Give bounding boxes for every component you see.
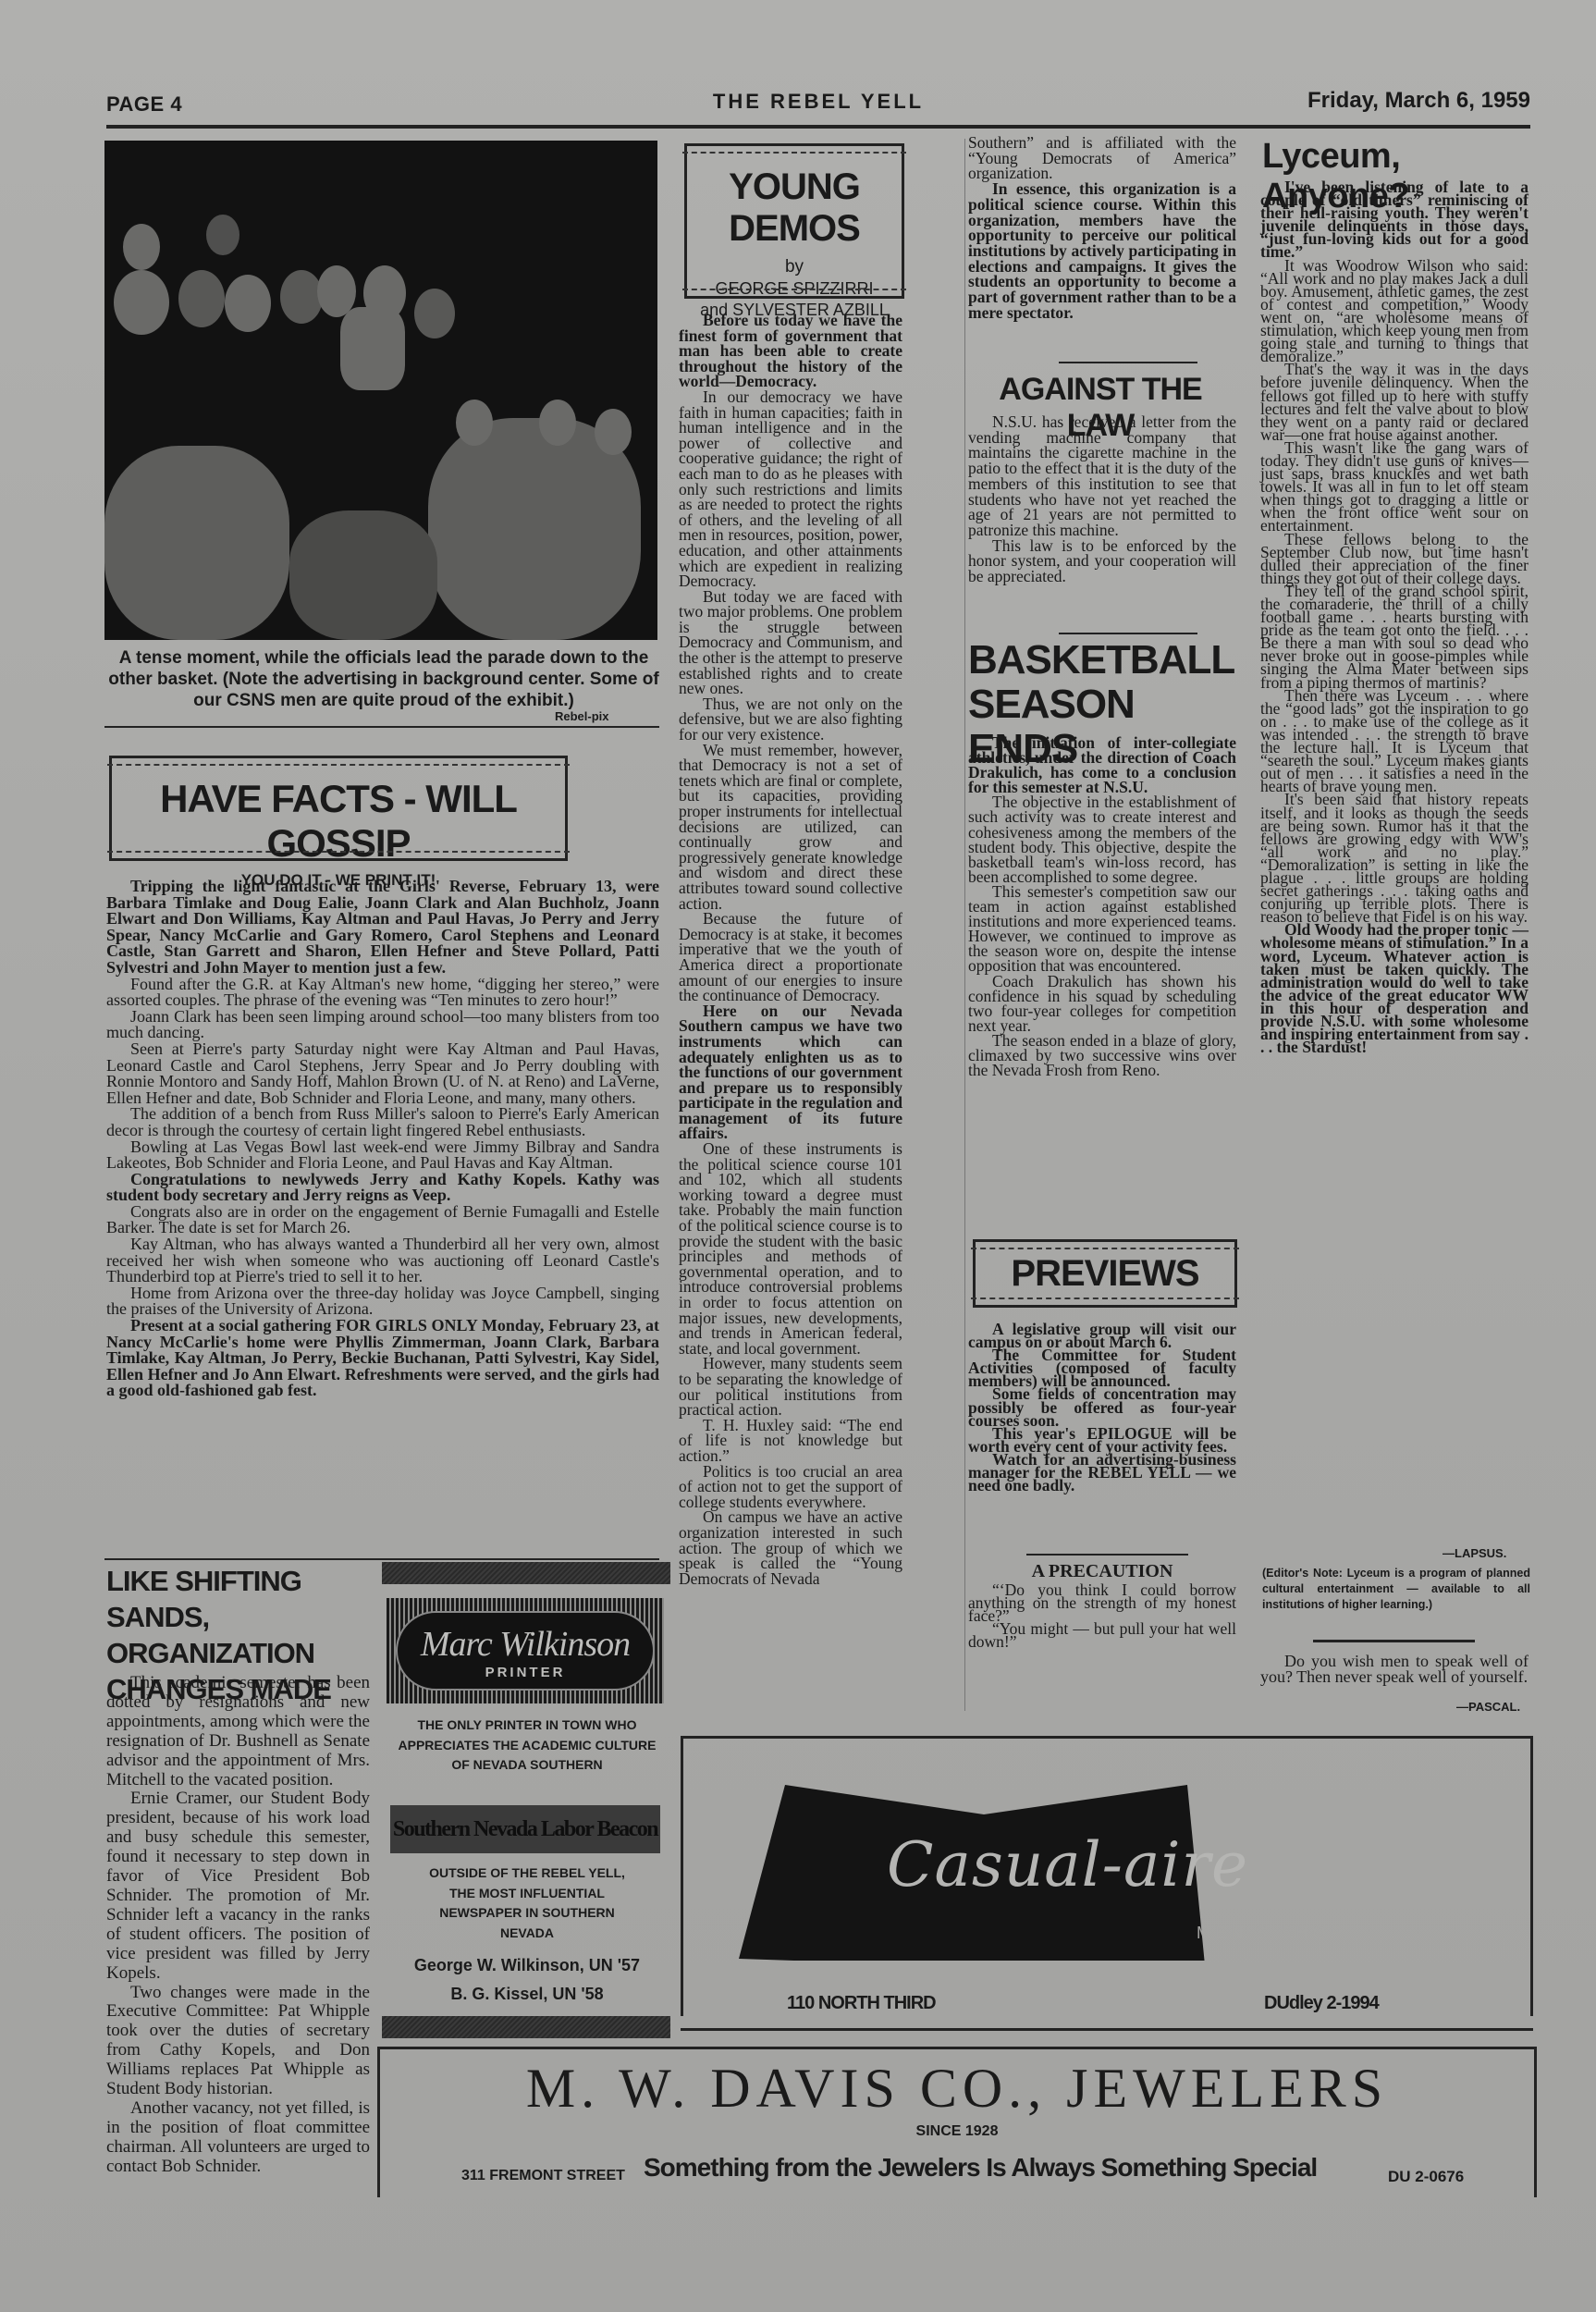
paragraph: Congrats also are in order on the engage…: [106, 1204, 659, 1236]
gossip-title: HAVE FACTS - WILL GOSSIP: [112, 777, 565, 866]
printer-logo-script: Marc Wilkinson: [398, 1624, 653, 1665]
paragraph: Before us today we have the finest form …: [679, 313, 902, 389]
paragraph: Coach Drakulich has shown his confidence…: [968, 974, 1236, 1033]
paragraph: Here on our Nevada Southern campus we ha…: [679, 1003, 902, 1141]
paragraph: But today we are faced with two major pr…: [679, 589, 902, 696]
column-rule: [964, 139, 965, 1711]
paragraph: It's been said that history repeats itse…: [1260, 793, 1528, 923]
paragraph: These fellows belong to the September Cl…: [1260, 533, 1528, 584]
gossip-headline-box: HAVE FACTS - WILL GOSSIP YOU DO IT - WE …: [109, 756, 568, 861]
davis-name: M. W. DAVIS CO., JEWELERS: [380, 2057, 1534, 2121]
previews-title: PREVIEWS: [976, 1253, 1234, 1295]
paragraph: Seen at Pierre's party Saturday night we…: [106, 1041, 659, 1106]
precaution-article: “‘Do you think I could borrow anything o…: [968, 1583, 1236, 1648]
paragraph: Congratulations to newlyweds Jerry and K…: [106, 1172, 659, 1204]
divider: [104, 726, 659, 728]
gossip-article: Tripping the light fantastic at the Girl…: [106, 879, 659, 1399]
ad-divider-bar: [382, 2016, 670, 2038]
young-demos-title: YOUNG DEMOS: [687, 166, 902, 250]
paragraph: This academic semester has been dotted b…: [106, 1674, 370, 1789]
paragraph: Because the future of Democracy is at st…: [679, 911, 902, 1003]
divider: [681, 2028, 1533, 2031]
paragraph: However, many students seem to be separa…: [679, 1356, 902, 1417]
editors-note: (Editor's Note: Lyceum is a program of p…: [1262, 1566, 1530, 1613]
paragraph: This year's EPILOGUE will be worth every…: [968, 1427, 1236, 1453]
paragraph: The objective in the establishment of su…: [968, 794, 1236, 884]
newspaper-page: PAGE 4 THE REBEL YELL Friday, March 6, 1…: [0, 0, 1596, 2312]
young-demos-continued: Southern” and is affiliated with the “Yo…: [968, 135, 1236, 320]
paragraph: Bowling at Las Vegas Bowl last week-end …: [106, 1139, 659, 1172]
young-demos-headline-box: YOUNG DEMOS by GEORGE SPIZZIRRI and SYLV…: [684, 143, 904, 299]
paragraph: Two changes were made in the Executive C…: [106, 1984, 370, 2099]
pascal-signature: —PASCAL.: [1456, 1700, 1520, 1714]
printer-tagline: THE ONLY PRINTER IN TOWN WHO APPRECIATES…: [398, 1716, 657, 1776]
casualaire-address: 110 NORTH THIRD: [787, 1993, 936, 2014]
pascal-quote: Do you wish men to speak well of you? Th…: [1260, 1654, 1528, 1685]
davis-address: 311 FREMONT STREET: [461, 2168, 625, 2184]
paragraph: This semester's competition saw our team…: [968, 884, 1236, 974]
ad-divider-bar: [382, 1562, 670, 1584]
printer-ad-logo: Marc Wilkinson PRINTER: [387, 1598, 664, 1703]
paragraph: Tripping the light fantastic at the Girl…: [106, 879, 659, 977]
divider: [1059, 633, 1197, 634]
davis-since: SINCE 1928: [380, 2123, 1534, 2140]
young-demos-article: Before us today we have the finest form …: [679, 313, 902, 1586]
divider: [1313, 1640, 1475, 1642]
paragraph: The initiation of inter-collegiate athle…: [968, 735, 1236, 794]
paragraph: T. H. Huxley said: “The end of life is n…: [679, 1418, 902, 1464]
lyceum-article: I've been listening of late to a couple …: [1260, 180, 1528, 1053]
casualaire-logo: Casual-aire: [887, 1829, 1248, 1900]
paragraph: Then there was Lyceum . . . where the “g…: [1260, 689, 1528, 793]
basketball-crowd-photo: [104, 141, 657, 640]
paragraph: In our democracy we have faith in human …: [679, 389, 902, 589]
paragraph: Southern” and is affiliated with the “Yo…: [968, 135, 1236, 181]
paragraph: Kay Altman, who has always wanted a Thun…: [106, 1236, 659, 1285]
paragraph: This wasn't like the gang wars of today.…: [1260, 441, 1528, 533]
paragraph: Ernie Cramer, our Student Body president…: [106, 1789, 370, 1983]
davis-slogan: Something from the Jewelers Is Always So…: [644, 2153, 1317, 2183]
printer-logo-sub: PRINTER: [398, 1665, 653, 1680]
davis-phone: DU 2-0676: [1388, 2168, 1464, 2186]
casualaire-ad: Casual-aire MEN'S SHOP 110 NORTH THIRD D…: [681, 1736, 1533, 2016]
precaution-title: A PRECAUTION: [968, 1561, 1236, 1582]
photo-caption: A tense moment, while the officials lead…: [106, 647, 661, 711]
paragraph: In essence, this organization is a polit…: [968, 181, 1236, 320]
paragraph: They tell of the grand school spirit, th…: [1260, 584, 1528, 689]
paragraph: That's the way it was in the days before…: [1260, 363, 1528, 441]
paragraph: Thus, we are not only on the defensive, …: [679, 696, 902, 743]
paragraph: Present at a social gathering FOR GIRLS …: [106, 1318, 659, 1399]
paragraph: This law is to be enforced by the honor …: [968, 538, 1236, 584]
basketball-article: The initiation of inter-collegiate athle…: [968, 735, 1236, 1077]
paragraph: It was Woodrow Wilson who said: “All wor…: [1260, 259, 1528, 363]
shifting-sands-article: This academic semester has been dotted b…: [106, 1674, 370, 2177]
paragraph: One of these instruments is the politica…: [679, 1141, 902, 1356]
casualaire-sub: MEN'S SHOP: [1197, 1924, 1345, 1943]
paragraph: The Committee for Student Activities (co…: [968, 1348, 1236, 1387]
printer-name-1: George W. Wilkinson, UN '57: [384, 1951, 670, 1980]
author-1: GEORGE SPIZZIRRI: [687, 279, 902, 299]
against-law-article: N.S.U. has received a letter from the ve…: [968, 414, 1236, 584]
paragraph: Some fields of concentration may possibl…: [968, 1387, 1236, 1426]
paragraph: Politics is too crucial an area of actio…: [679, 1464, 902, 1510]
printer-name-2: B. G. Kissel, UN '58: [384, 1980, 670, 2009]
paragraph: We must remember, however, that Democrac…: [679, 743, 902, 912]
divider: [104, 1558, 659, 1560]
paragraph: N.S.U. has received a letter from the ve…: [968, 414, 1236, 538]
divider: [1026, 1554, 1188, 1556]
printer-names: George W. Wilkinson, UN '57 B. G. Kissel…: [384, 1951, 670, 2009]
paragraph: Joann Clark has been seen limping around…: [106, 1009, 659, 1041]
previews-article: A legislative group will visit our campu…: [968, 1322, 1236, 1492]
photo-credit: Rebel-pix: [555, 709, 609, 723]
masthead-rule: [106, 125, 1530, 129]
labor-beacon-tagline: OUTSIDE OF THE REBEL YELL, THE MOST INFL…: [416, 1863, 638, 1943]
paragraph: Watch for an advertising-business manage…: [968, 1453, 1236, 1492]
paragraph: “‘Do you think I could borrow anything o…: [968, 1583, 1236, 1622]
paragraph: On campus we have an active organization…: [679, 1509, 902, 1586]
davis-jewelers-ad: M. W. DAVIS CO., JEWELERS SINCE 1928 311…: [377, 2047, 1537, 2197]
byline-by: by: [687, 257, 902, 277]
paragraph: Another vacancy, not yet filled, is in t…: [106, 2099, 370, 2177]
paragraph: Old Woody had the proper tonic — wholeso…: [1260, 923, 1528, 1053]
paragraph: I've been listening of late to a couple …: [1260, 180, 1528, 259]
paragraph: The season ended in a blaze of glory, cl…: [968, 1033, 1236, 1077]
paragraph: A legislative group will visit our campu…: [968, 1322, 1236, 1348]
lyceum-signature: —LAPSUS.: [1443, 1546, 1506, 1560]
paragraph: Found after the G.R. at Kay Altman's new…: [106, 977, 659, 1009]
paragraph: “You might — but pull your hat well down…: [968, 1622, 1236, 1648]
paragraph: The addition of a bench from Russ Miller…: [106, 1106, 659, 1138]
divider: [1059, 362, 1197, 363]
labor-beacon-banner: Southern Nevada Labor Beacon: [390, 1805, 660, 1853]
paragraph: Home from Arizona over the three-day hol…: [106, 1285, 659, 1318]
masthead: PAGE 4 THE REBEL YELL Friday, March 6, 1…: [106, 88, 1530, 125]
previews-headline-box: PREVIEWS: [973, 1239, 1237, 1308]
issue-date: Friday, March 6, 1959: [1307, 88, 1530, 114]
casualaire-phone: DUdley 2-1994: [1264, 1993, 1379, 2014]
